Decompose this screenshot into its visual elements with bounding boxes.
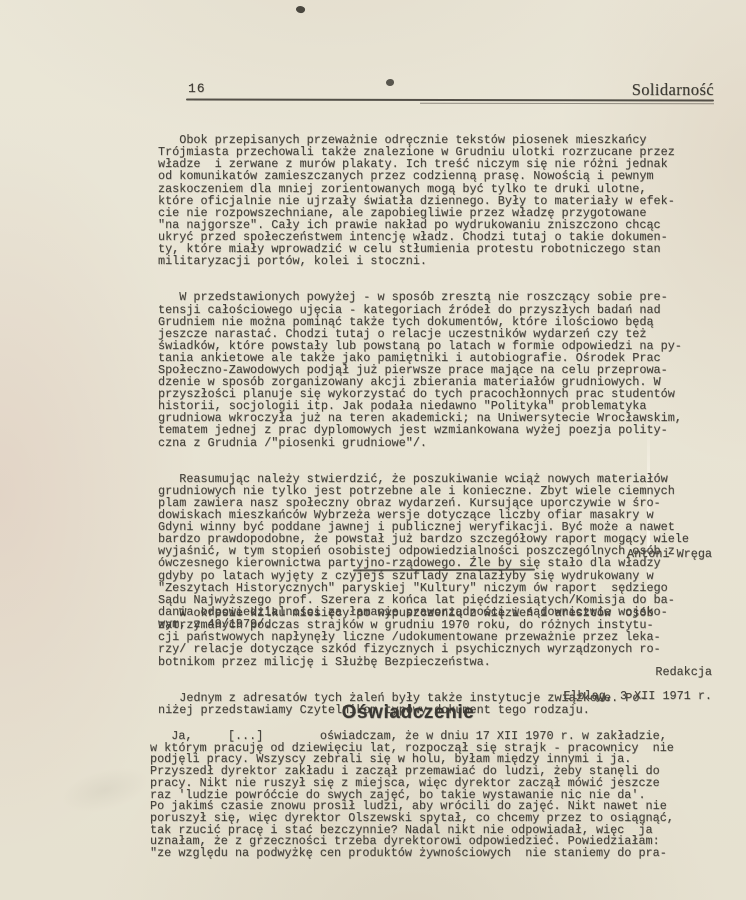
author-signature: Antoni Wręga [158, 548, 712, 560]
article-body: Obok przepisanych przeważnie odręcznie t… [158, 110, 730, 642]
scanned-page: { "header": { "page_number": "16", "mast… [0, 0, 746, 900]
header-rule-secondary [420, 103, 714, 105]
editorial-note-paragraph: W okresie kilku miesięcy po wypuszczeniu… [158, 607, 730, 667]
statement-title: Oświadczenie [158, 702, 658, 724]
header-rule [186, 98, 714, 101]
page-number: 16 [188, 83, 206, 95]
article-paragraph: W przedstawionych powyżej - w sposób zre… [158, 291, 730, 448]
article-paragraph: Obok przepisanych przeważnie odręcznie t… [158, 134, 730, 267]
ink-speck-icon [295, 5, 306, 15]
paper-smudge [56, 759, 153, 821]
statement-dateline: Elbląg, 3 XII 1971 r. [158, 690, 712, 702]
editor-signoff: Redakcja [158, 666, 712, 678]
statement-body: Ja, [...] oświadczam, że w dniu 17 XII 1… [150, 731, 732, 860]
masthead-title: Solidarność [560, 80, 714, 100]
ink-speck-icon [386, 79, 394, 86]
